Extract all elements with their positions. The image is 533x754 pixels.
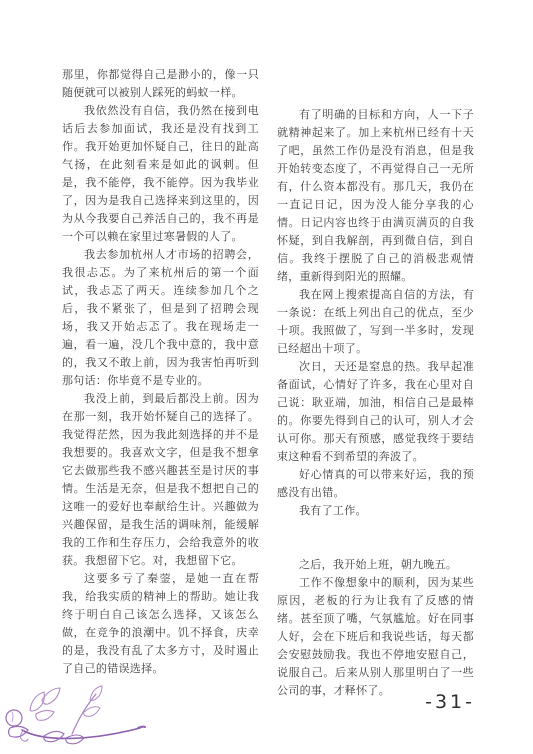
book-page: 那里，你都觉得自己是渺小的，像一只随便就可以被别人踩死的蚂蚁一样。我依然没有自信… (0, 0, 533, 754)
paragraph: 好心情真的可以带来好运，我的预感没有出错。 (277, 466, 474, 502)
paragraph: 我在网上搜索提高自信的方法，有一条说：在纸上列出自己的优点，至少十项。我照做了，… (277, 286, 474, 358)
paragraph: 我没上前，到最后都没上前。因为在那一刻，我开始怀疑自己的选择了。我觉得茫然，因为… (62, 390, 259, 570)
paragraph: 有了明确的目标和方向，人一下子就精神起来了。加上来杭州已经有十天了吧，虽然工作仍… (277, 106, 474, 286)
paragraph: 我依然没有自信，我仍然在接到电话后去参加面试，我还是没有找到工作。我开始更加怀疑… (62, 102, 259, 246)
paragraph: 我去参加杭州人才市场的招聘会，我很忐忑。为了来杭州后的第一个面试，我忐忑了两天。… (62, 246, 259, 390)
left-text-column: 那里，你都觉得自己是渺小的，像一只随便就可以被别人踩死的蚂蚁一样。我依然没有自信… (62, 66, 259, 678)
page-number: -31- (425, 691, 475, 713)
paragraph: 工作不像想象中的顺利，因为某些原因，老板的行为让我有了反感的情绪。甚至顶了嘴，气… (277, 574, 474, 700)
paragraph: 那里，你都觉得自己是渺小的，像一只随便就可以被别人踩死的蚂蚁一样。 (62, 66, 259, 102)
right-text-column: 有了明确的目标和方向，人一下子就精神起来了。加上来杭州已经有十天了吧，虽然工作仍… (277, 106, 474, 700)
vine-flower-decoration-icon (0, 648, 160, 748)
paragraph: 次日，天还是窒息的热。我早起准备面试，心情好了许多，我在心里对自己说：耿亚端，加… (277, 358, 474, 466)
paragraph: 我有了工作。 (277, 502, 474, 520)
paragraph: 之后，我开始上班，朝九晚五。 (277, 556, 474, 574)
